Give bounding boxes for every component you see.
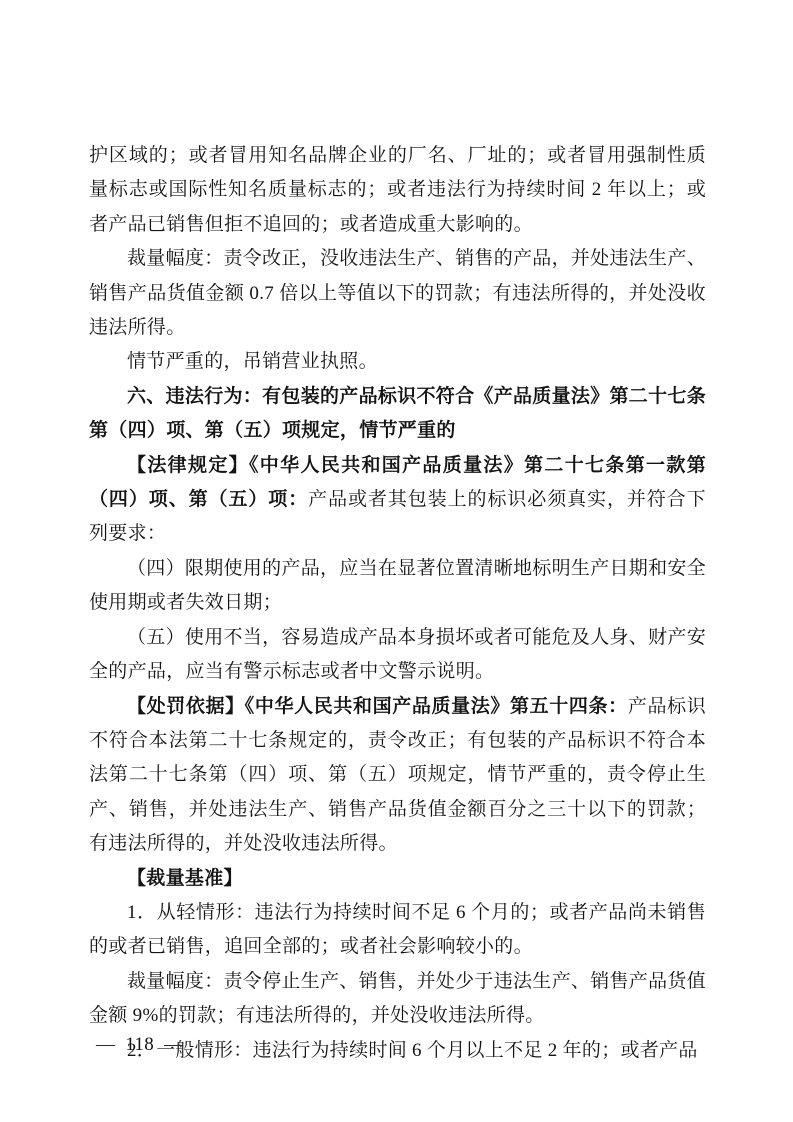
paragraph-text: （五）使用不当，容易造成产品本身损坏或者可能危及人身、财产安全的产品，应当有警示… [89, 627, 706, 682]
paragraph-text: 2．一般情形：违法行为持续时间 6 个月以上不足 2 年的；或者产品 [127, 1040, 698, 1061]
footer-dash-right: — [164, 1034, 183, 1055]
paragraph-lenient-case: 1．从轻情形：违法行为持续时间不足 6 个月的；或者产品尚未销售的或者已销售，追… [89, 896, 706, 965]
section-heading-item-6: 六、违法行为：有包装的产品标识不符合《产品质量法》第二十七条第（四）项、第（五）… [89, 380, 706, 449]
paragraph-text: 1．从轻情形：违法行为持续时间不足 6 个月的；或者产品尚未销售的或者已销售，追… [89, 902, 706, 957]
page-footer: —118— [96, 1028, 183, 1062]
discretion-benchmark-heading: 【裁量基准】 [89, 862, 706, 896]
penalty-basis-paragraph: 【处罚依据】《中华人民共和国产品质量法》第五十四条：产品标识不符合本法第二十七条… [89, 690, 706, 862]
legal-provision-paragraph: 【法律规定】《中华人民共和国产品质量法》第二十七条第一款第（四）项、第（五）项：… [89, 449, 706, 552]
paragraph-text: （四）限期使用的产品，应当在显著位置清晰地标明生产日期和安全使用期或者失效日期； [89, 558, 706, 613]
paragraph-text: 护区域的；或者冒用知名品牌企业的厂名、厂址的；或者冒用强制性质量标志或国际性知名… [89, 145, 706, 235]
footer-dash-left: — [96, 1034, 115, 1055]
document-body: 护区域的；或者冒用知名品牌企业的厂名、厂址的；或者冒用强制性质量标志或国际性知名… [89, 139, 706, 1068]
paragraph-clause-4: （四）限期使用的产品，应当在显著位置清晰地标明生产日期和安全使用期或者失效日期； [89, 552, 706, 621]
page-number: 118 [125, 1034, 154, 1055]
paragraph-continuation: 护区域的；或者冒用知名品牌企业的厂名、厂址的；或者冒用强制性质量标志或国际性知名… [89, 139, 706, 242]
paragraph-text: 情节严重的，吊销营业执照。 [127, 351, 378, 372]
document-page: 护区域的；或者冒用知名品牌企业的厂名、厂址的；或者冒用强制性质量标志或国际性知名… [0, 0, 793, 1122]
paragraph-text: 裁量幅度：责令停止生产、销售，并处少于违法生产、销售产品货值金额 9%的罚款；有… [89, 971, 706, 1026]
paragraph-clause-5: （五）使用不当，容易造成产品本身损坏或者可能危及人身、财产安全的产品，应当有警示… [89, 621, 706, 690]
section-heading-text: 六、违法行为：有包装的产品标识不符合《产品质量法》第二十七条第（四）项、第（五）… [89, 386, 706, 441]
penalty-basis-label: 【处罚依据】《中华人民共和国产品质量法》第五十四条： [127, 696, 628, 717]
paragraph-text: 产品标识不符合本法第二十七条规定的，责令改正；有包装的产品标识不符合本法第二十七… [89, 696, 706, 855]
paragraph-discretion-range: 裁量幅度：责令改正，没收违法生产、销售的产品，并处违法生产、销售产品货值金额 0… [89, 242, 706, 345]
discretion-benchmark-label: 【裁量基准】 [127, 868, 243, 889]
paragraph-text: 裁量幅度：责令改正，没收违法生产、销售的产品，并处违法生产、销售产品货值金额 0… [89, 248, 706, 338]
paragraph-severe-case: 情节严重的，吊销营业执照。 [89, 345, 706, 379]
paragraph-discretion-range-2: 裁量幅度：责令停止生产、销售，并处少于违法生产、销售产品货值金额 9%的罚款；有… [89, 965, 706, 1034]
